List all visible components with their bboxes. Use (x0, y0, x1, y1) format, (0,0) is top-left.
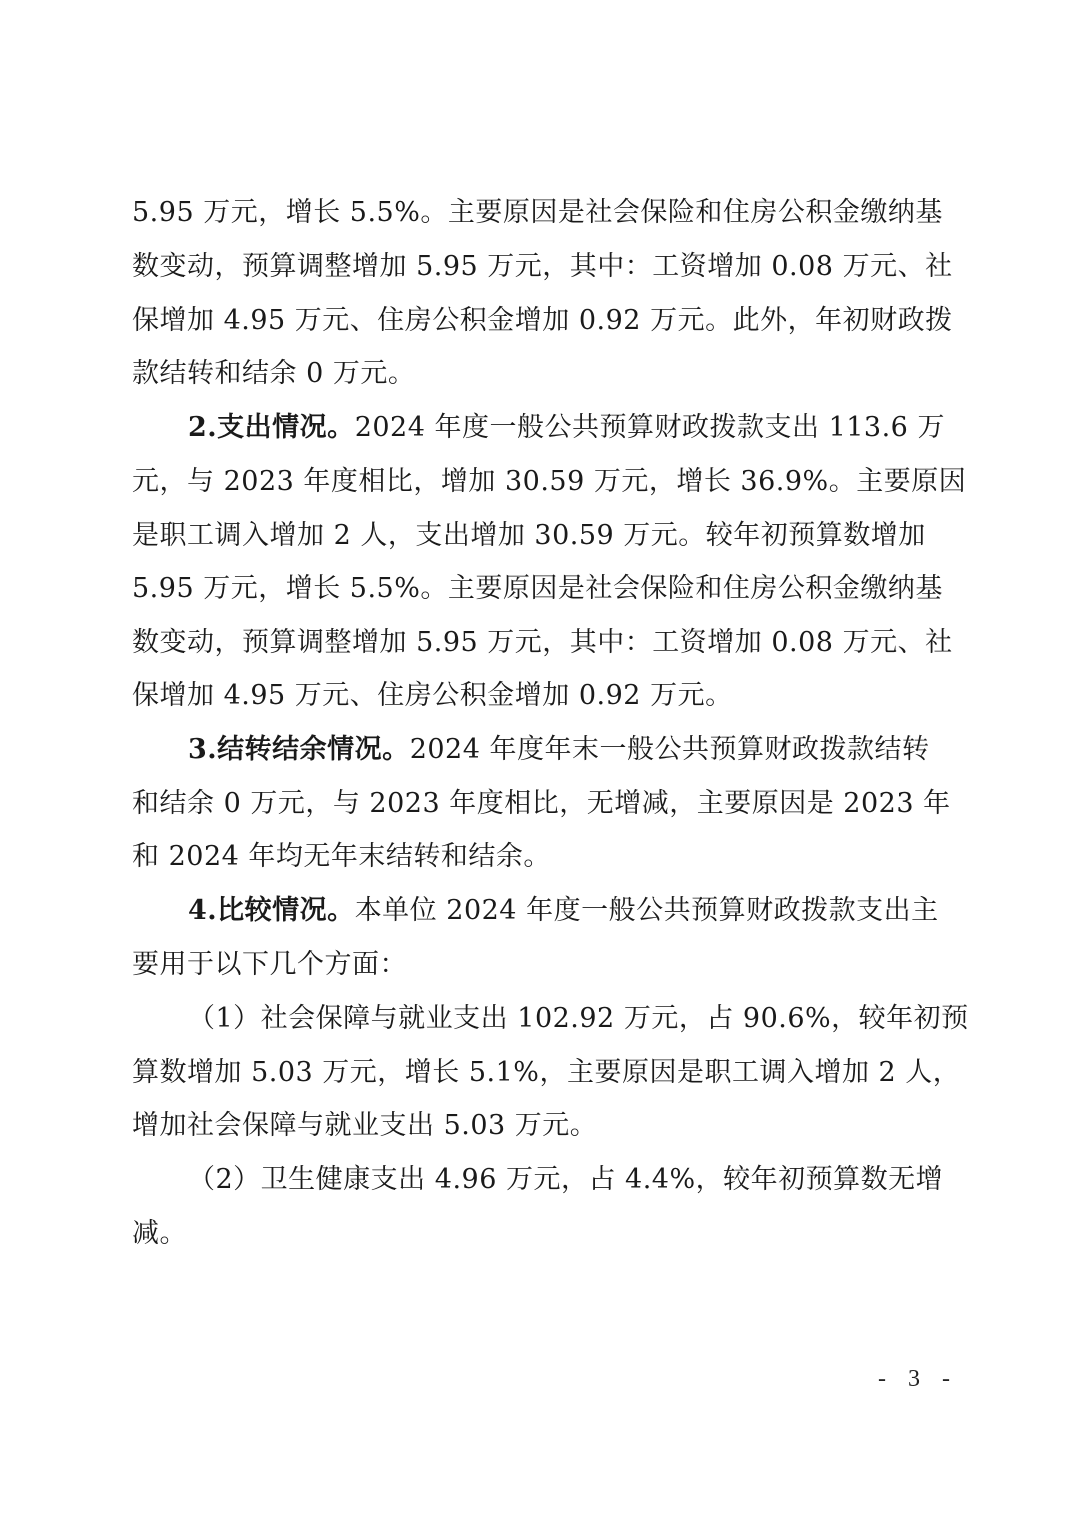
text-line: 保增加 4.95 万元、住房公积金增加 0.92 万元。此外，年初财政拨 (132, 303, 942, 339)
page-number: - 3 - (878, 1366, 958, 1393)
text-span: 本单位 2024 年度一般公共预算财政拨款支出主 (355, 895, 939, 926)
text-line: 是职工调入增加 2 人，支出增加 30.59 万元。较年初预算数增加 (132, 518, 942, 554)
section-heading-carryover: 3.结转结余情况。 (188, 734, 410, 765)
text-line: 数变动，预算调整增加 5.95 万元，其中：工资增加 0.08 万元、社 (132, 249, 942, 285)
document-page: 5.95 万元，增长 5.5%。主要原因是社会保险和住房公积金缴纳基 数变动，预… (0, 0, 1074, 1520)
section-3-first-line: 3.结转结余情况。2024 年度年末一般公共预算财政拨款结转 (188, 732, 942, 768)
text-line: 减。 (132, 1216, 942, 1252)
list-item-1-line: （1）社会保障与就业支出 102.92 万元，占 90.6%，较年初预 (188, 1001, 942, 1037)
text-line: 元，与 2023 年度相比，增加 30.59 万元，增长 36.9%。主要原因 (132, 464, 942, 500)
section-heading-expenditure: 2.支出情况。 (188, 412, 355, 443)
section-heading-comparison: 4.比较情况。 (188, 895, 355, 926)
text-line: 增加社会保障与就业支出 5.03 万元。 (132, 1108, 942, 1144)
text-line: 5.95 万元，增长 5.5%。主要原因是社会保险和住房公积金缴纳基 (132, 571, 942, 607)
text-line: 保增加 4.95 万元、住房公积金增加 0.92 万元。 (132, 678, 942, 714)
text-line: 数变动，预算调整增加 5.95 万元，其中：工资增加 0.08 万元、社 (132, 625, 942, 661)
list-item-2-line: （2）卫生健康支出 4.96 万元，占 4.4%，较年初预算数无增 (188, 1162, 942, 1198)
section-2-first-line: 2.支出情况。2024 年度一般公共预算财政拨款支出 113.6 万 (188, 410, 942, 446)
text-line: 和 2024 年均无年末结转和结余。 (132, 839, 942, 875)
text-line: 要用于以下几个方面： (132, 947, 942, 983)
text-span: 2024 年度一般公共预算财政拨款支出 113.6 万 (355, 412, 945, 443)
text-line: 和结余 0 万元，与 2023 年度相比，无增减，主要原因是 2023 年 (132, 786, 942, 822)
text-line: 5.95 万元，增长 5.5%。主要原因是社会保险和住房公积金缴纳基 (132, 195, 942, 231)
text-span: 2024 年度年末一般公共预算财政拨款结转 (410, 734, 930, 765)
section-4-first-line: 4.比较情况。本单位 2024 年度一般公共预算财政拨款支出主 (188, 893, 942, 929)
text-line: 算数增加 5.03 万元，增长 5.1%，主要原因是职工调入增加 2 人， (132, 1055, 942, 1091)
text-line: 款结转和结余 0 万元。 (132, 356, 942, 392)
